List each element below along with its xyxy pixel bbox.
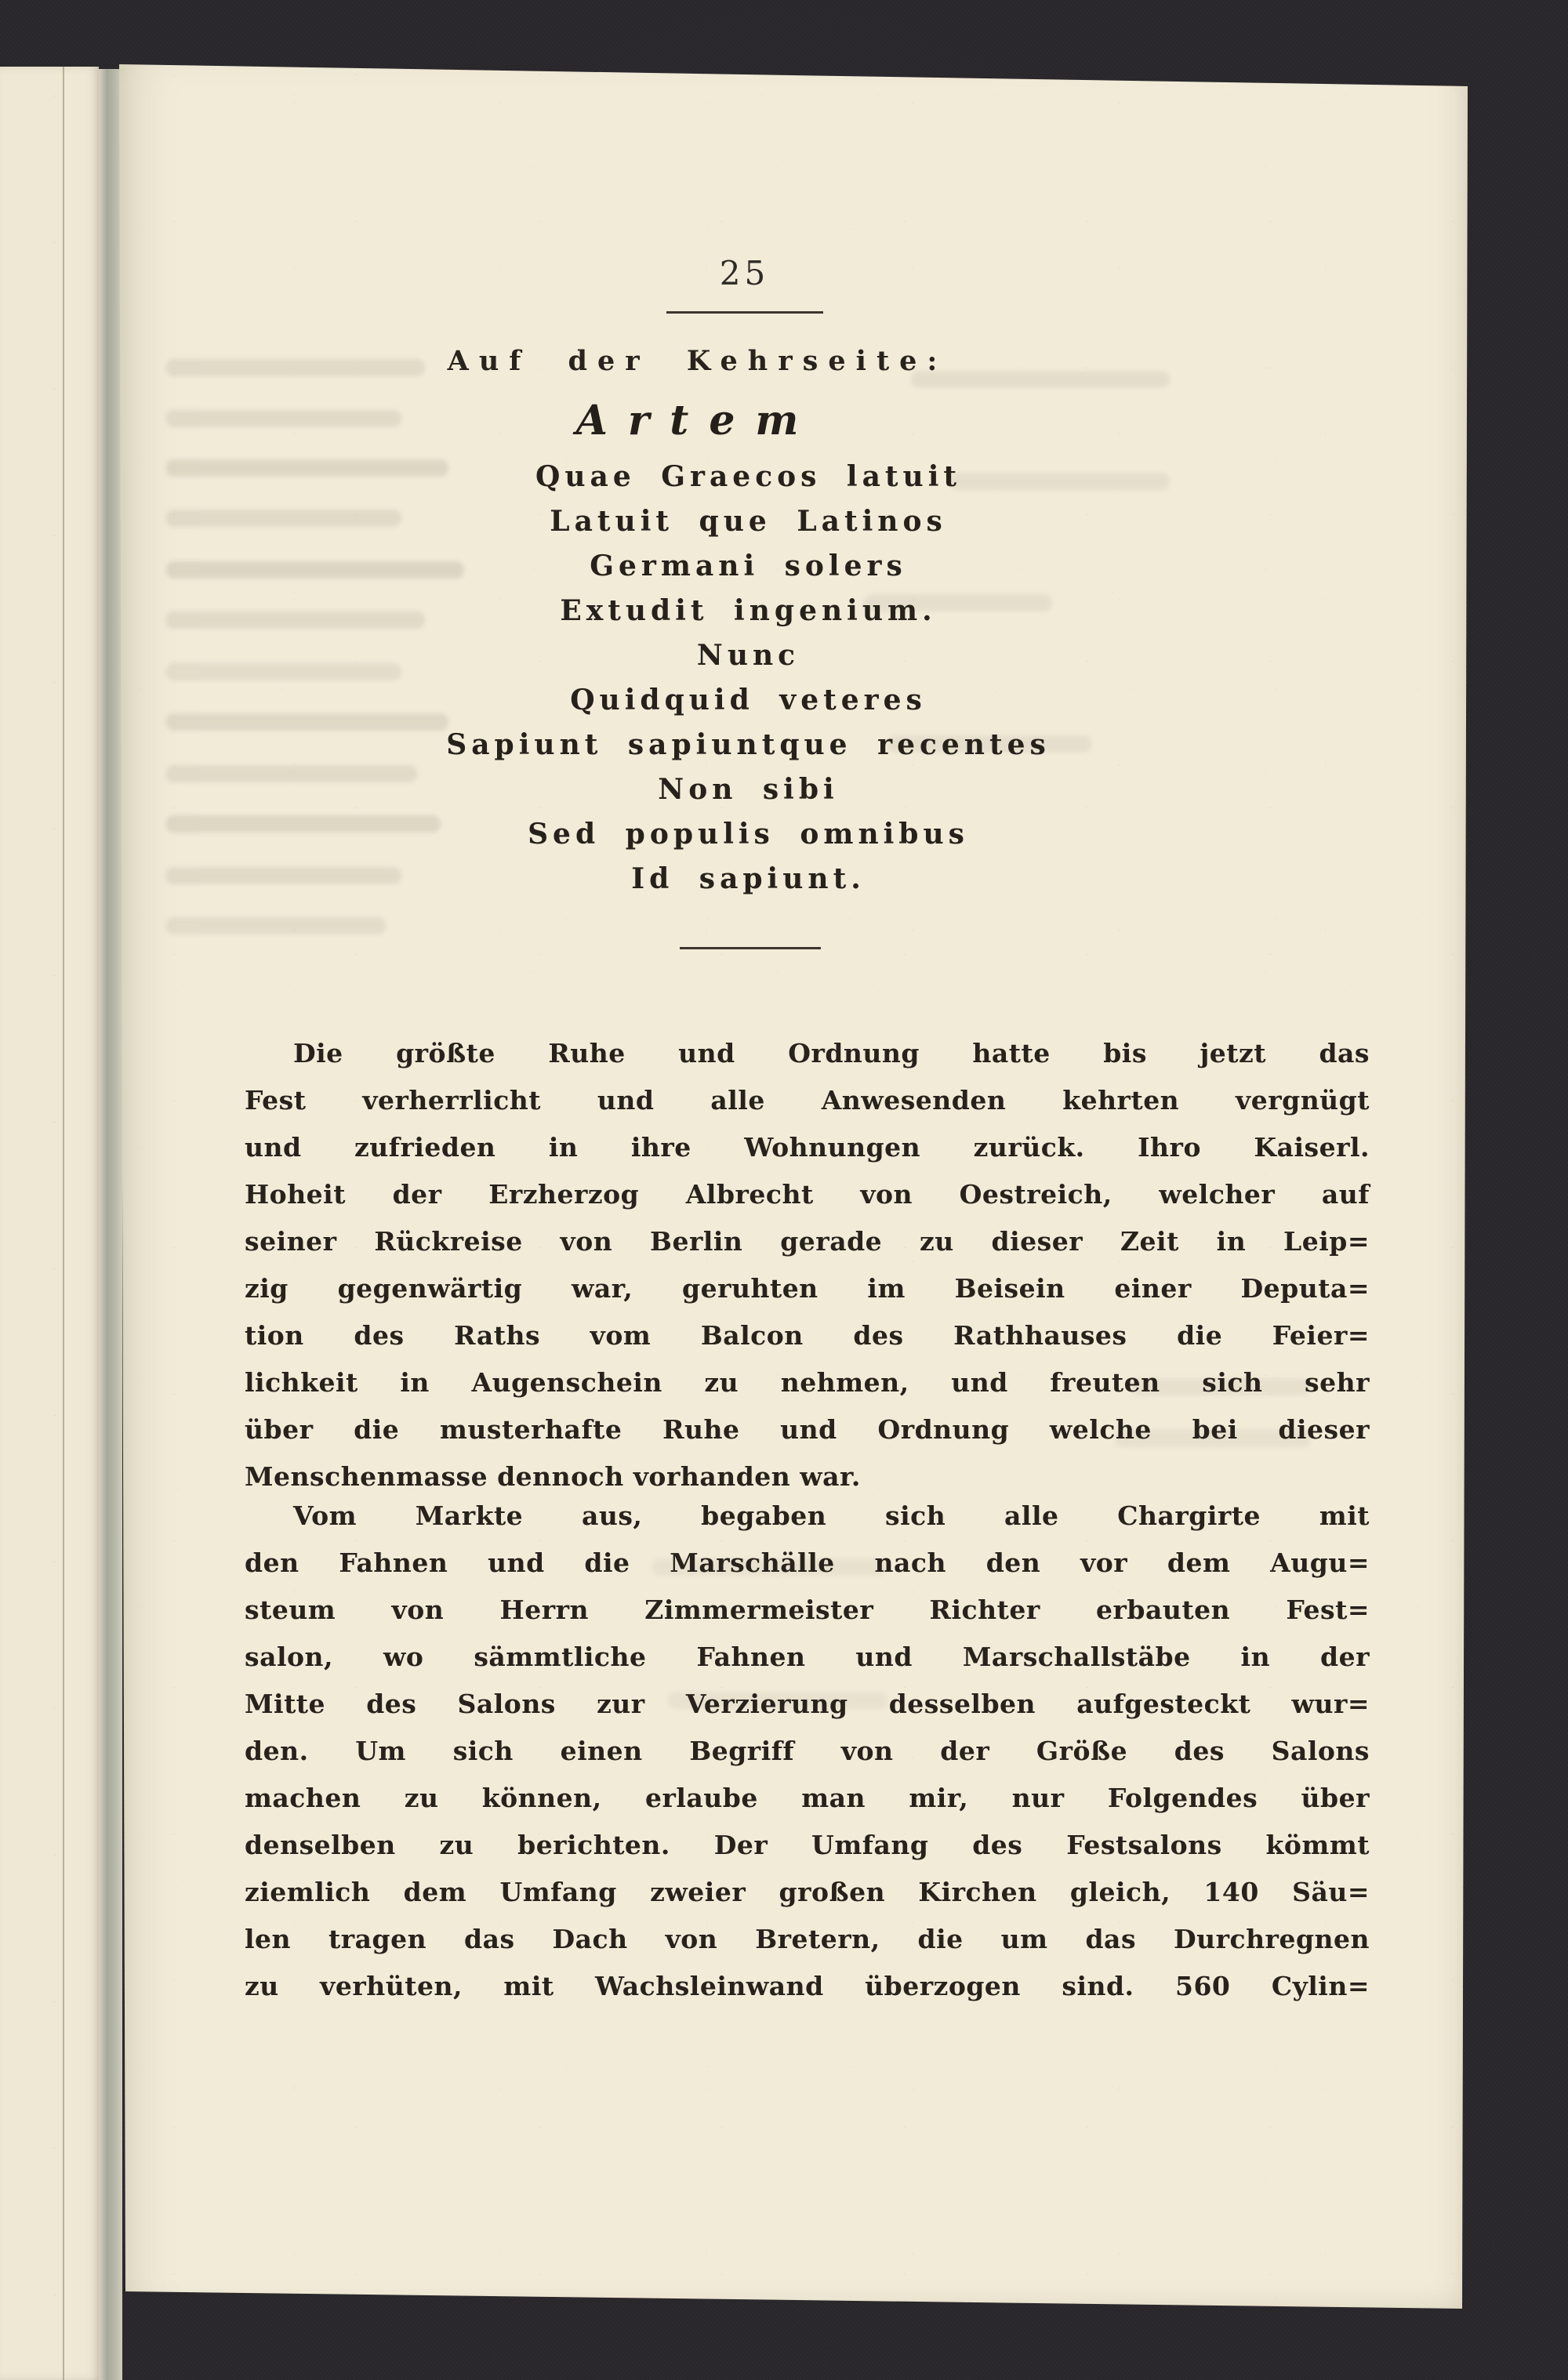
- poem-title: Artem: [245, 397, 1370, 444]
- book-gutter-shadow: [99, 69, 122, 2380]
- page-edge-crease: [63, 67, 64, 2380]
- page-number-rule: [666, 311, 823, 314]
- book-page: 25 Auf der Kehrseite: Artem Quae Graecos…: [119, 45, 1468, 2315]
- text-line: Mitte des Salons zur Verzierung desselbe…: [245, 1681, 1370, 1728]
- text-line: Die größte Ruhe und Ordnung hatte bis je…: [245, 1030, 1370, 1077]
- verse-line: Non sibi: [245, 767, 1252, 812]
- text-line: denselben zu berichten. Der Umfang des F…: [245, 1822, 1370, 1869]
- page-number: 25: [245, 254, 1370, 292]
- verse-line: Sed populis omnibus: [245, 812, 1252, 857]
- text-line: und zufrieden in ihre Wohnungen zurück. …: [245, 1124, 1370, 1171]
- body-paragraph: Die größte Ruhe und Ordnung hatte bis je…: [245, 1030, 1370, 1500]
- verse-line: Latuit que Latinos: [245, 499, 1252, 544]
- text-line: lichkeit in Augenschein zu nehmen, und f…: [245, 1359, 1370, 1406]
- text-line: seiner Rückreise von Berlin gerade zu di…: [245, 1218, 1370, 1265]
- text-line: den Fahnen und die Marschälle nach den v…: [245, 1540, 1370, 1587]
- verse-line: Sapiunt sapiuntque recentes: [245, 723, 1252, 767]
- text-line: machen zu können, erlaube man mir, nur F…: [245, 1775, 1370, 1822]
- verse-line: Id sapiunt.: [245, 857, 1252, 902]
- section-divider-rule: [680, 947, 821, 949]
- underlying-page-edge: [0, 67, 99, 2380]
- verse-kicker-heading: Auf der Kehrseite:: [245, 345, 1370, 377]
- text-line: salon, wo sämmtliche Fahnen und Marschal…: [245, 1634, 1370, 1681]
- verse-line: Nunc: [245, 633, 1252, 678]
- text-line: steum von Herrn Zimmermeister Richter er…: [245, 1587, 1370, 1634]
- text-line: ziemlich dem Umfang zweier großen Kirche…: [245, 1869, 1370, 1916]
- verse-line: Germani solers: [245, 544, 1252, 589]
- text-line: Vom Markte aus, begaben sich alle Chargi…: [245, 1493, 1370, 1540]
- text-line: zu verhüten, mit Wachsleinwand überzogen…: [245, 1963, 1370, 2010]
- text-column: 25 Auf der Kehrseite: Artem Quae Graecos…: [245, 45, 1370, 2315]
- verse-line: Quidquid veteres: [245, 678, 1252, 723]
- verse-line: Extudit ingenium.: [245, 589, 1252, 633]
- scanned-book-photograph: { "page": { "number": "25", "heading": "…: [0, 0, 1568, 2380]
- text-line: Hoheit der Erzherzog Albrecht von Oestre…: [245, 1171, 1370, 1218]
- text-line: über die musterhafte Ruhe und Ordnung we…: [245, 1406, 1370, 1453]
- text-line: den. Um sich einen Begriff von der Größe…: [245, 1728, 1370, 1775]
- latin-verse: Quae Graecos latuitLatuit que LatinosGer…: [245, 455, 1370, 902]
- body-paragraph: Vom Markte aus, begaben sich alle Chargi…: [245, 1493, 1370, 2010]
- text-line: zig gegenwärtig war, geruhten im Beisein…: [245, 1265, 1370, 1312]
- text-line: tion des Raths vom Balcon des Rathhauses…: [245, 1312, 1370, 1359]
- verse-line: Quae Graecos latuit: [245, 455, 1252, 499]
- text-line: len tragen das Dach von Bretern, die um …: [245, 1916, 1370, 1963]
- text-line: Fest verherrlicht und alle Anwesenden ke…: [245, 1077, 1370, 1124]
